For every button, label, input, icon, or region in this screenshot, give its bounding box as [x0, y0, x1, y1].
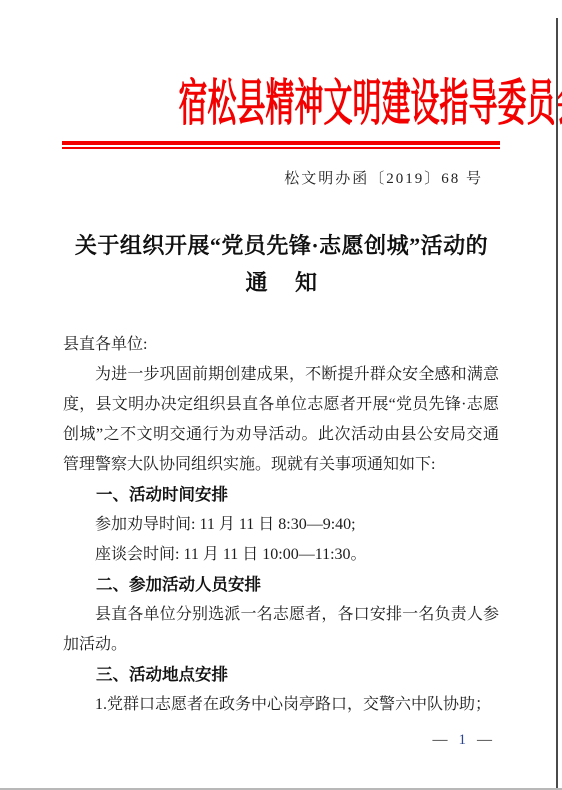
title-notice-char-right: 知	[295, 270, 318, 295]
intro-paragraph: 为进一步巩固前期创建成果，不断提升群众安全感和满意度，县文明办决定组织县直各单位…	[63, 360, 499, 480]
document-number: 松文明办函〔2019〕68 号	[284, 167, 483, 191]
issuer-title: 宿松县精神文明建设指导委员会办公室	[179, 74, 562, 132]
title-notice-char-left: 通	[245, 270, 268, 295]
section-2-heading: 二、参加活动人员安排	[63, 570, 499, 600]
red-header-banner: 宿松县精神文明建设指导委员会办公室	[0, 74, 562, 132]
page-number: —1—	[433, 730, 493, 750]
document-page: 宿松县精神文明建设指导委员会办公室 松文明办函〔2019〕68 号 关于组织开展…	[0, 0, 562, 790]
section-1-line-1: 参加劝导时间: 11 月 11 日 8:30—9:40;	[63, 510, 499, 540]
page-number-dash-left: —	[433, 730, 448, 750]
page-edge-right	[556, 18, 558, 790]
salutation: 县直各单位:	[63, 330, 499, 360]
header-divider-rule	[62, 141, 500, 149]
page-number-dash-right: —	[477, 730, 492, 750]
page-number-value: 1	[459, 730, 467, 750]
document-title-line2: 通知	[63, 264, 500, 301]
section-2-line-1: 县直各单位分别选派一名志愿者，各口安排一名负责人参加活动。	[63, 600, 499, 660]
section-1-line-2: 座谈会时间: 11 月 11 日 10:00—11:30。	[63, 540, 499, 570]
document-title: 关于组织开展“党员先锋·志愿创城”活动的 通知	[63, 227, 500, 301]
document-body: 县直各单位: 为进一步巩固前期创建成果，不断提升群众安全感和满意度，县文明办决定…	[63, 330, 499, 720]
section-1-heading: 一、活动时间安排	[63, 480, 499, 510]
section-3-heading: 三、活动地点安排	[63, 660, 499, 690]
section-3-line-1: 1.党群口志愿者在政务中心岗亭路口，交警六中队协助；	[63, 690, 499, 720]
document-title-line1: 关于组织开展“党员先锋·志愿创城”活动的	[63, 227, 500, 264]
